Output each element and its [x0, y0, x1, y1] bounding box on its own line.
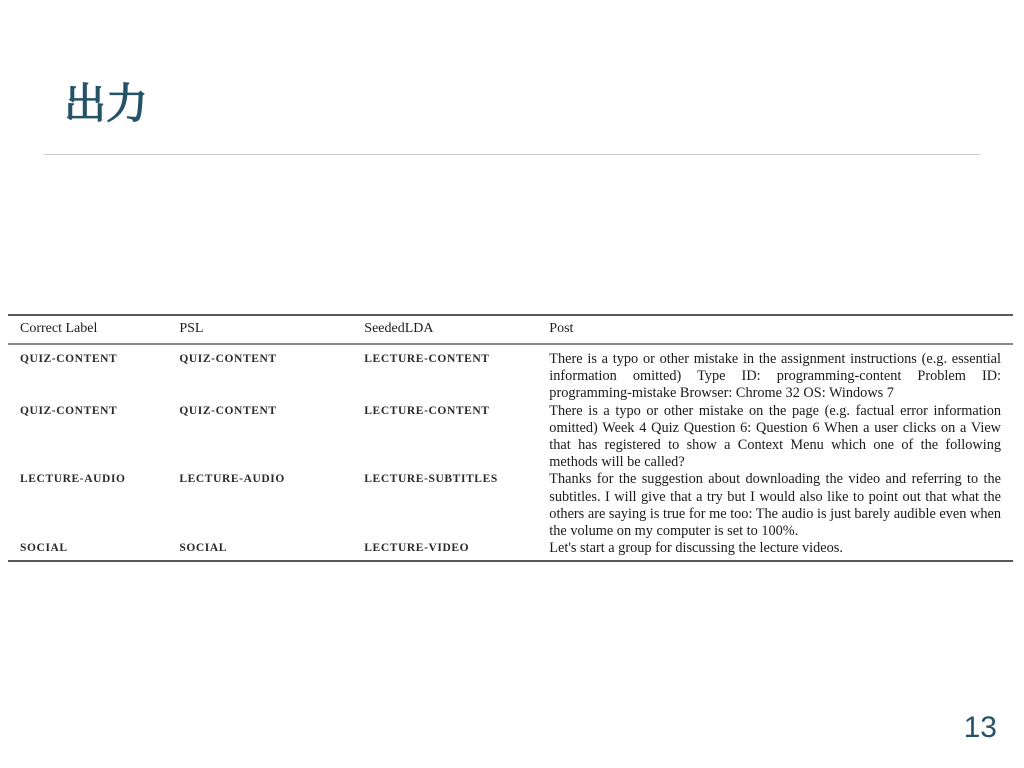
cell-post: Let's start a group for discussing the l…	[549, 540, 1013, 560]
cell-seededlda: LECTURE-SUBTITLES	[364, 471, 549, 540]
title-divider	[44, 154, 980, 155]
cell-post: There is a typo or other mistake on the …	[549, 403, 1013, 472]
cell-seededlda: LECTURE-CONTENT	[364, 403, 549, 472]
header-correct-label: Correct Label	[8, 316, 179, 343]
table-row: SOCIAL SOCIAL LECTURE-VIDEO Let's start …	[8, 540, 1013, 560]
cell-psl: SOCIAL	[179, 540, 364, 560]
cell-psl: QUIZ-CONTENT	[179, 403, 364, 472]
results-table-figure: Correct Label PSL SeededLDA Post QUIZ-CO…	[8, 314, 1013, 562]
slide: 出力 Correct Label PSL SeededLDA Post QUIZ…	[0, 0, 1024, 768]
cell-seededlda: LECTURE-VIDEO	[364, 540, 549, 560]
cell-post: There is a typo or other mistake in the …	[549, 345, 1013, 403]
header-post: Post	[549, 316, 1013, 343]
cell-post: Thanks for the suggestion about download…	[549, 471, 1013, 540]
cell-psl: LECTURE-AUDIO	[179, 471, 364, 540]
page-number: 13	[964, 708, 997, 748]
cell-psl: QUIZ-CONTENT	[179, 345, 364, 403]
table-row: QUIZ-CONTENT QUIZ-CONTENT LECTURE-CONTEN…	[8, 403, 1013, 472]
cell-correct-label: SOCIAL	[8, 540, 179, 560]
cell-correct-label: QUIZ-CONTENT	[8, 403, 179, 472]
cell-correct-label: QUIZ-CONTENT	[8, 345, 179, 403]
table-row: QUIZ-CONTENT QUIZ-CONTENT LECTURE-CONTEN…	[8, 345, 1013, 403]
cell-correct-label: LECTURE-AUDIO	[8, 471, 179, 540]
header-psl: PSL	[179, 316, 364, 343]
cell-seededlda: LECTURE-CONTENT	[364, 345, 549, 403]
slide-title: 出力	[64, 76, 148, 132]
table-bottom-rule	[8, 560, 1013, 562]
header-seededlda: SeededLDA	[364, 316, 549, 343]
table-row: LECTURE-AUDIO LECTURE-AUDIO LECTURE-SUBT…	[8, 471, 1013, 540]
table-header-row: Correct Label PSL SeededLDA Post	[8, 316, 1013, 343]
results-table: Correct Label PSL SeededLDA Post QUIZ-CO…	[8, 316, 1013, 560]
